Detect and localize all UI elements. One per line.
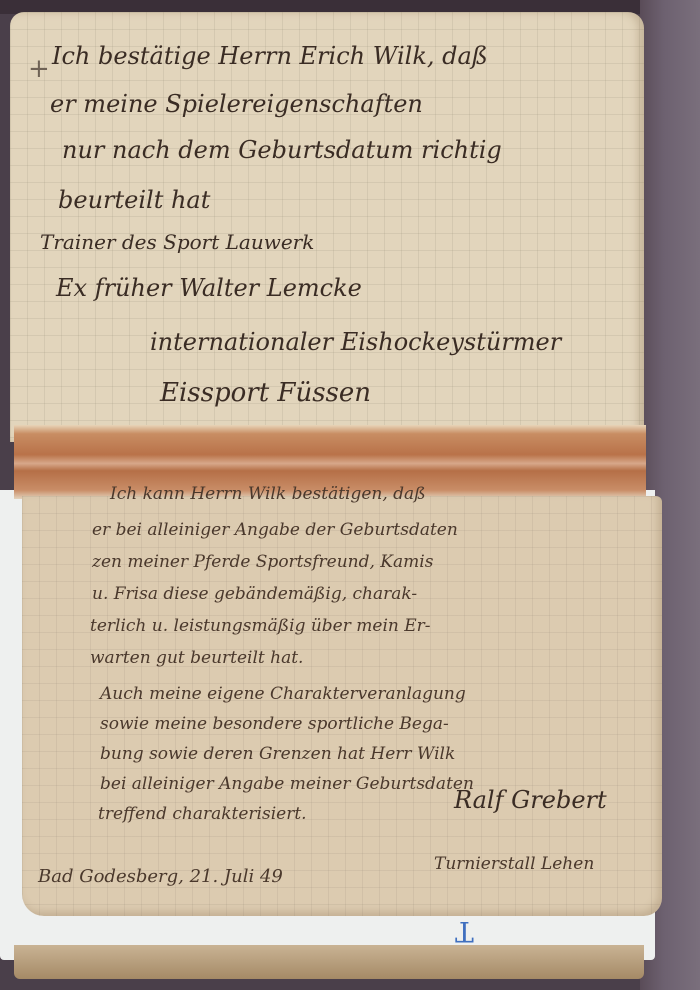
handwritten-line: Ich kann Herrn Wilk bestätigen, daß xyxy=(110,484,426,504)
page-stack-edge xyxy=(14,945,644,979)
handwritten-line: er bei alleiniger Angabe der Geburtsdate… xyxy=(92,520,458,540)
handwritten-line: internationaler Eishockeystürmer xyxy=(150,328,561,356)
handwritten-line: bei alleiniger Angabe meiner Geburtsdate… xyxy=(100,774,474,794)
handwritten-line: Trainer des Sport Lauwerk xyxy=(40,230,314,254)
handwritten-line: sowie meine besondere sportliche Bega- xyxy=(100,714,449,734)
place-date: Bad Godesberg, 21. Juli 49 xyxy=(38,866,283,887)
handwritten-line: zen meiner Pferde Sportsfreund, Kamis xyxy=(92,552,433,572)
signature: Ralf Grebert xyxy=(454,786,607,814)
bottom-notebook-page: Ich kann Herrn Wilk bestätigen, daß er b… xyxy=(22,496,662,916)
handwritten-line: Eissport Füssen xyxy=(160,378,371,408)
blue-mark: T xyxy=(455,915,474,948)
handwritten-line: warten gut beurteilt hat. xyxy=(90,648,303,668)
handwritten-line: bung sowie deren Grenzen hat Herr Wilk xyxy=(100,744,455,764)
handwritten-line: beurteilt hat xyxy=(58,186,210,214)
handwritten-line: u. Frisa diese gebändemäßig, charak- xyxy=(92,584,417,604)
handwritten-line: treffend charakterisiert. xyxy=(98,804,307,824)
handwritten-line: Ex früher Walter Lemcke xyxy=(56,274,362,302)
handwritten-line: Ich bestätige Herrn Erich Wilk, daß xyxy=(52,42,488,70)
handwritten-line: terlich u. leistungsmäßig über mein Er- xyxy=(90,616,431,636)
handwritten-line: nur nach dem Geburtsdatum richtig xyxy=(62,136,502,164)
signer-title: Turnierstall Lehen xyxy=(434,854,594,874)
handwritten-line: er meine Spielereigenschaften xyxy=(50,90,423,118)
top-notebook-page: + Ich bestätige Herrn Erich Wilk, daß er… xyxy=(10,12,644,442)
handwritten-line: Auch meine eigene Charakterveranlagung xyxy=(100,684,466,704)
margin-cross-mark: + xyxy=(28,54,50,84)
